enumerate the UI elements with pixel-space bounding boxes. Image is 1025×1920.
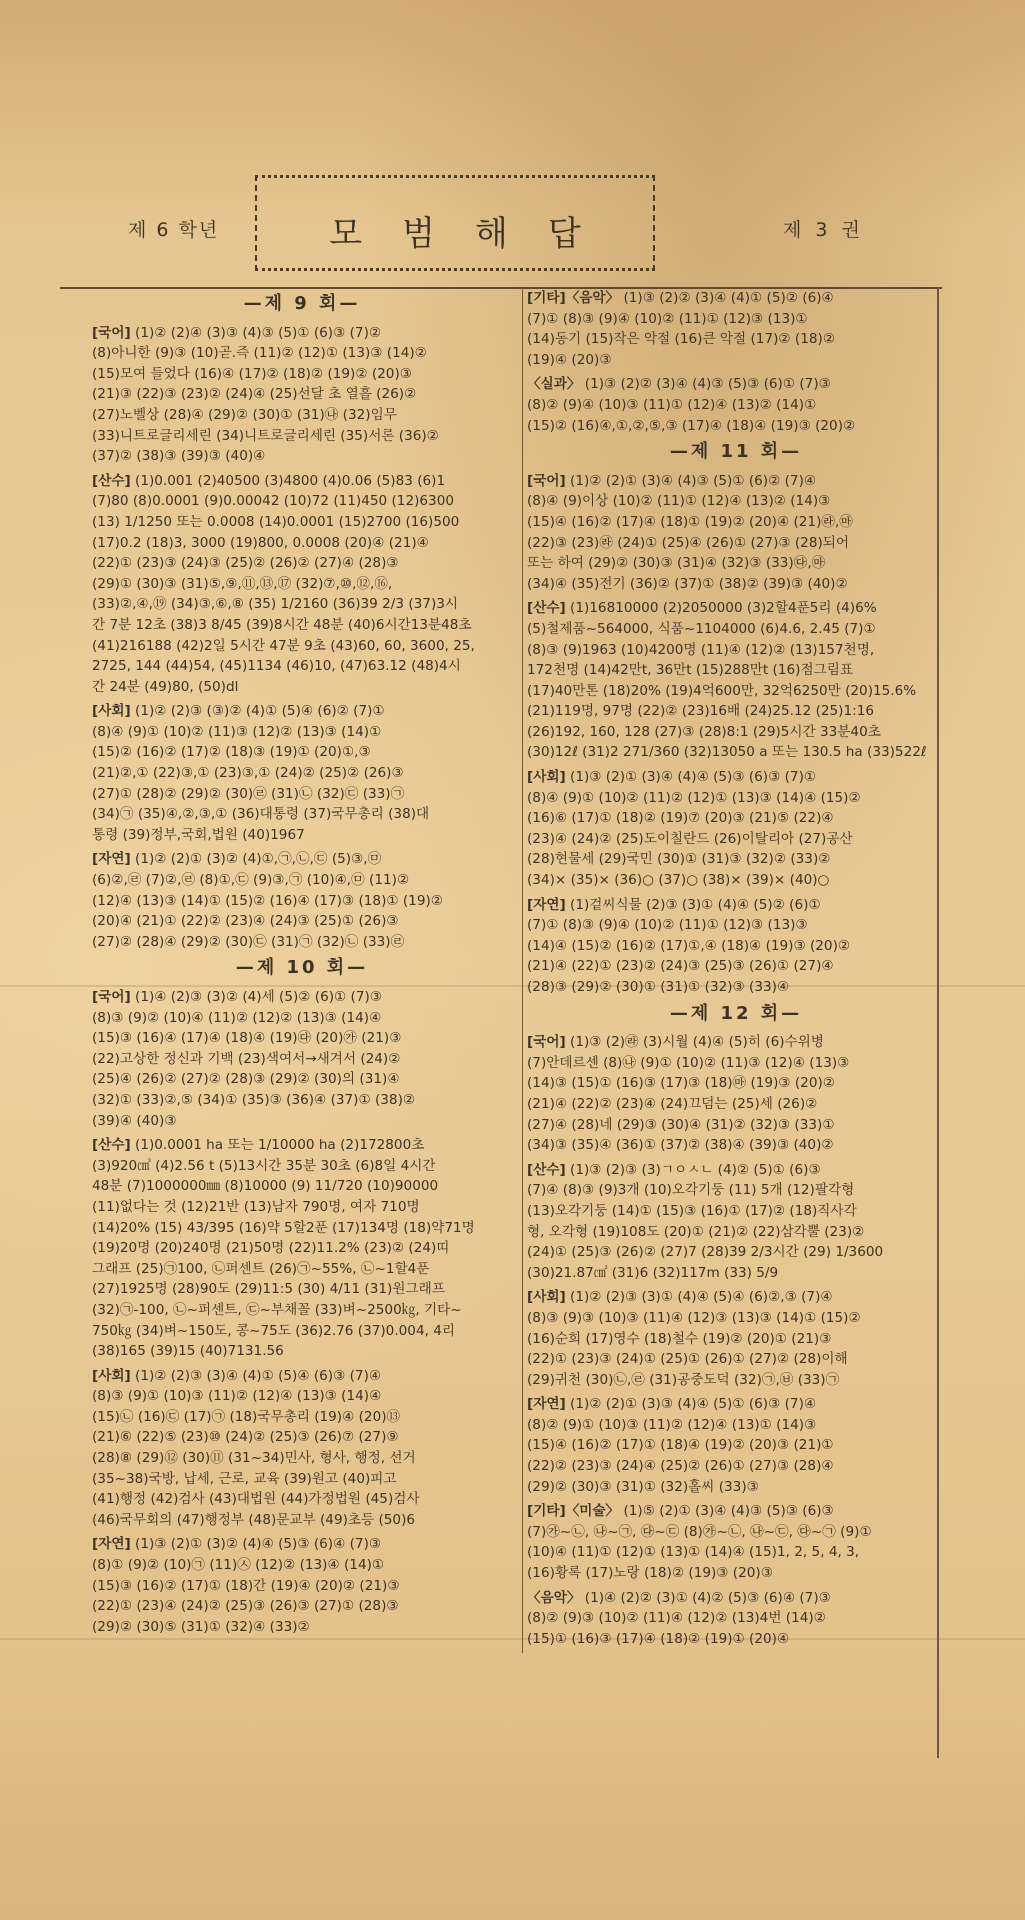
subject-block: [사회] (1)② (2)③ (3)④ (4)① (5)④ (6)③ (7)④(… (92, 1366, 512, 1531)
answer-text: (21)④ (22)① (23)② (24)③ (25)③ (26)① (27)… (527, 958, 834, 974)
answer-text: (1)④ (2)② (3)① (4)② (5)③ (6)④ (7)③ (585, 1590, 831, 1606)
subject-label: [자연] (527, 897, 566, 913)
answer-line: (32)㉠-100, ㉡~퍼센트, ㉢~부채꼴 (33)벼~2500㎏, 기타~ (92, 1300, 512, 1321)
answer-text: (16)순희 (17)영수 (18)철수 (19)② (20)① (21)③ (527, 1331, 831, 1347)
answer-line: [자연] (1)② (2)① (3)② (4)①,㉠,㉡,㉢ (5)③,㉤ (92, 849, 512, 870)
subject-block: [기타]〈미술〉 (1)⑤ (2)① (3)④ (4)③ (5)③ (6)③(7… (527, 1501, 945, 1583)
answer-line: (15)③ (16)② (17)① (18)간 (19)④ (20)② (21)… (92, 1576, 512, 1597)
answer-text: (17)40만톤 (18)20% (19)4억600만, 32억6250만 (2… (527, 683, 916, 699)
answer-line: [사회] (1)② (2)③ (3)④ (4)① (5)④ (6)③ (7)④ (92, 1366, 512, 1387)
answer-line: (10)④ (11)① (12)① (13)① (14)④ (15)1, 2, … (527, 1542, 945, 1563)
answer-line: (11)없다는 것 (12)21반 (13)남자 790명, 여자 710명 (92, 1197, 512, 1218)
answer-text: (8)④ (9)① (10)② (11)② (12)① (13)③ (14)④ … (527, 790, 861, 806)
answer-text: (12)④ (13)③ (14)① (15)② (16)④ (17)③ (18)… (92, 893, 443, 909)
subject-label: [기타]〈음악〉 (527, 290, 619, 306)
answer-line: (19)20명 (20)240명 (21)50명 (22)11.2% (23)②… (92, 1238, 512, 1259)
answer-text: (14)동기 (15)작은 악절 (16)큰 악절 (17)② (18)② (527, 331, 835, 347)
answer-text: (27)노벨상 (28)④ (29)② (30)① (31)㉯ (32)임무 (92, 407, 397, 423)
subject-label: [자연] (92, 1536, 131, 1552)
answer-text: (8)아니한 (9)③ (10)곧.즉 (11)② (12)① (13)③ (1… (92, 345, 427, 361)
answer-text: (27)1925명 (28)90도 (29)11:5 (30) 4/11 (31… (92, 1281, 445, 1297)
subject-label: [사회] (527, 1289, 566, 1305)
answer-line: (32)① (33)②,⑤ (34)① (35)③ (36)④ (37)① (3… (92, 1090, 512, 1111)
subject-block: [사회] (1)② (2)③ (3)① (4)④ (5)④ (6)②,③ (7)… (527, 1287, 945, 1390)
title-box: 모범해답 (255, 175, 655, 271)
answer-line: (12)④ (13)③ (14)① (15)② (16)④ (17)③ (18)… (92, 891, 512, 912)
page-title: 모범해답 (257, 206, 653, 255)
answer-text: (15)② (16)② (17)② (18)③ (19)① (20)①,③ (92, 744, 371, 760)
subject-label: [국어] (527, 473, 566, 489)
answer-text: (8)④ (9)이상 (10)② (11)① (12)④ (13)② (14)③ (527, 493, 830, 509)
answer-line: (3)920㎤ (4)2.56 t (5)13시간 35분 30초 (6)8일 … (92, 1156, 512, 1177)
answer-text: (29)② (30)③ (31)① (32)홀씨 (33)③ (527, 1479, 759, 1495)
answer-text: (7)80 (8)0.0001 (9)0.00042 (10)72 (11)45… (92, 493, 454, 509)
answer-text: (7)④ (8)③ (9)3개 (10)오각기둥 (11) 5개 (12)팔각형 (527, 1182, 854, 1198)
answer-line: [산수] (1)16810000 (2)2050000 (3)2할4푼5리 (4… (527, 598, 945, 619)
answer-text: (20)④ (21)① (22)② (23)④ (24)③ (25)① (26)… (92, 913, 399, 929)
answer-text: (22)② (23)③ (24)④ (25)② (26)① (27)③ (28)… (527, 1458, 834, 1474)
answer-line: (8)아니한 (9)③ (10)곧.즉 (11)② (12)① (13)③ (1… (92, 343, 512, 364)
answer-line: (15)③ (16)④ (17)④ (18)④ (19)㉰ (20)㉮ (21)… (92, 1028, 512, 1049)
answer-text: (32)① (33)②,⑤ (34)① (35)③ (36)④ (37)① (3… (92, 1092, 415, 1108)
answer-line: 〈실과〉 (1)③ (2)② (3)④ (4)③ (5)③ (6)① (7)③ (527, 374, 945, 395)
answer-line: (41)216188 (42)2일 5시간 47분 9초 (43)60, 60,… (92, 636, 512, 657)
answer-text: (8)② (9)① (10)③ (11)② (12)④ (13)① (14)③ (527, 1417, 816, 1433)
answer-line: (34)④ (35)전기 (36)② (37)① (38)② (39)③ (40… (527, 574, 945, 595)
answer-text: (22)① (23)③ (24)① (25)① (26)① (27)② (28)… (527, 1351, 848, 1367)
answer-line: (15)④ (16)② (17)① (18)④ (19)② (20)③ (21)… (527, 1435, 945, 1456)
answer-line: [국어] (1)② (2)① (3)④ (4)③ (5)① (6)② (7)④ (527, 471, 945, 492)
answer-text: (1)③ (2)② (3)④ (4)① (5)② (6)④ (623, 290, 833, 306)
answer-line: [기타]〈음악〉 (1)③ (2)② (3)④ (4)① (5)② (6)④ (527, 288, 945, 309)
answer-text: (21)119명, 97명 (22)② (23)16배 (24)25.12 (2… (527, 703, 874, 719)
answer-text: (1)② (2)① (3)④ (4)③ (5)① (6)② (7)④ (570, 473, 816, 489)
answer-text: (30)12ℓ (31)2 271/360 (32)13050 a 또는 130… (527, 744, 926, 760)
subject-label: [산수] (92, 1137, 131, 1153)
answer-text: (21)③ (22)③ (23)② (24)④ (25)선달 초 열흘 (26)… (92, 386, 416, 402)
subject-block: [국어] (1)② (2)④ (3)③ (4)③ (5)① (6)③ (7)②(… (92, 323, 512, 467)
answer-text: (7)① (8)③ (9)④ (10)② (11)① (12)③ (13)③ (527, 917, 808, 933)
answer-text: (22)③ (23)㉱ (24)① (25)④ (26)① (27)③ (28)… (527, 535, 849, 551)
answer-line: (13) 1/1250 또는 0.0008 (14)0.0001 (15)270… (92, 512, 512, 533)
answer-text: (8)② (9)④ (10)③ (11)① (12)④ (13)② (14)① (527, 397, 816, 413)
answer-text: (27)① (28)② (29)② (30)㉣ (31)㉡ (32)㉢ (33)… (92, 786, 404, 802)
answer-line: (34)× (35)× (36)○ (37)○ (38)× (39)× (40)… (527, 870, 945, 891)
answer-line: (27)① (28)② (29)② (30)㉣ (31)㉡ (32)㉢ (33)… (92, 784, 512, 805)
answer-line: (29)② (30)⑤ (31)① (32)④ (33)② (92, 1617, 512, 1638)
answer-text: (37)② (38)③ (39)③ (40)④ (92, 448, 265, 464)
answer-line: (38)165 (39)15 (40)7131.56 (92, 1341, 512, 1362)
answer-text: (1)② (2)③ (③)② (4)① (5)④ (6)② (7)① (135, 703, 385, 719)
answer-text: (22)고상한 정신과 기백 (23)색여서→새겨서 (24)② (92, 1051, 400, 1067)
answer-text: (8)③ (9)② (10)④ (11)② (12)② (13)③ (14)④ (92, 1010, 381, 1026)
answer-line: (30)12ℓ (31)2 271/360 (32)13050 a 또는 130… (527, 742, 945, 763)
answer-line: [국어] (1)② (2)④ (3)③ (4)③ (5)① (6)③ (7)② (92, 323, 512, 344)
answer-text: (29)① (30)③ (31)⑤,⑨,⑪,⑬,⑰ (32)⑦,⑩,⑫,⑯, (92, 576, 392, 592)
answer-text: (1)④ (2)③ (3)② (4)세 (5)② (6)① (7)③ (135, 989, 382, 1005)
answer-text: 형, 오각형 (19)108도 (20)① (21)② (22)삼각뿔 (23)… (527, 1224, 864, 1240)
answer-text: (28)③ (29)② (30)① (31)① (32)③ (33)④ (527, 979, 789, 995)
subject-block: [자연] (1)③ (2)① (3)② (4)④ (5)③ (6)④ (7)③(… (92, 1534, 512, 1637)
answer-line: [자연] (1)겉씨식물 (2)③ (3)① (4)④ (5)② (6)① (527, 895, 945, 916)
subject-block: [기타]〈음악〉 (1)③ (2)② (3)④ (4)① (5)② (6)④(7… (527, 288, 945, 370)
answer-line: (7)80 (8)0.0001 (9)0.00042 (10)72 (11)45… (92, 491, 512, 512)
answer-line: (14)④ (15)② (16)② (17)①,④ (18)④ (19)③ (2… (527, 936, 945, 957)
session-heading: —제 9 회— (92, 294, 512, 315)
answer-line: (16)순희 (17)영수 (18)철수 (19)② (20)① (21)③ (527, 1329, 945, 1350)
answer-line: (8)② (9)③ (10)② (11)④ (12)② (13)4번 (14)② (527, 1608, 945, 1629)
answer-line: (28)현물세 (29)국민 (30)① (31)③ (32)② (33)② (527, 849, 945, 870)
answer-line: (6)②,㉣ (7)②,㉣ (8)①,㉢ (9)③,㉠ (10)④,㉤ (11)… (92, 870, 512, 891)
answer-line: (17)40만톤 (18)20% (19)4억600만, 32억6250만 (2… (527, 681, 945, 702)
answer-text: (29)② (30)⑤ (31)① (32)④ (33)② (92, 1619, 310, 1635)
answer-text: (10)④ (11)① (12)① (13)① (14)④ (15)1, 2, … (527, 1544, 859, 1560)
answer-text: (27)② (28)④ (29)② (30)㉢ (31)㉠ (32)㉡ (33)… (92, 934, 404, 950)
answer-text: (16)황록 (17)노랑 (18)② (19)③ (20)③ (527, 1565, 773, 1581)
answer-line: [자연] (1)③ (2)① (3)② (4)④ (5)③ (6)④ (7)③ (92, 1534, 512, 1555)
session-heading: —제 10 회— (92, 958, 512, 979)
answer-text: 또는 하여 (29)② (30)③ (31)④ (32)③ (33)㉰,㉲ (527, 555, 825, 571)
subject-label: [산수] (527, 1162, 566, 1178)
answer-line: (29)① (30)③ (31)⑤,⑨,⑪,⑬,⑰ (32)⑦,⑩,⑫,⑯, (92, 574, 512, 595)
answer-text: (28)⑧ (29)⑫ (30)⑪ (31~34)민사, 형사, 행정, 선거 (92, 1450, 416, 1466)
answer-line: (20)④ (21)① (22)② (23)④ (24)③ (25)① (26)… (92, 911, 512, 932)
answer-text: (1)0.0001 ha 또는 1/10000 ha (2)172800초 (135, 1137, 424, 1153)
answer-text: (1)② (2)① (3)② (4)①,㉠,㉡,㉢ (5)③,㉤ (135, 851, 381, 867)
answer-text: (34)③ (35)④ (36)① (37)② (38)④ (39)③ (40)… (527, 1137, 834, 1153)
answer-line: [자연] (1)② (2)① (3)③ (4)④ (5)① (6)③ (7)④ (527, 1394, 945, 1415)
subject-label: [사회] (92, 1368, 131, 1384)
subject-label: 〈실과〉 (527, 376, 580, 392)
subject-block: [자연] (1)겉씨식물 (2)③ (3)① (4)④ (5)② (6)①(7)… (527, 895, 945, 998)
answer-line: 750㎏ (34)벼~150도, 콩~75도 (36)2.76 (37)0.00… (92, 1321, 512, 1342)
answer-text: 172천명 (14)42만t, 36만t (15)288만t (16)점그림표 (527, 662, 853, 678)
subject-block: 〈실과〉 (1)③ (2)② (3)④ (4)③ (5)③ (6)① (7)③(… (527, 374, 945, 436)
answer-line: (37)② (38)③ (39)③ (40)④ (92, 446, 512, 467)
subject-label: [자연] (92, 851, 131, 867)
subject-label: 〈음악〉 (527, 1590, 580, 1606)
subject-block: [산수] (1)16810000 (2)2050000 (3)2할4푼5리 (4… (527, 598, 945, 763)
answer-text: (33)②,④,⑲ (34)③,⑥,⑧ (35) 1/2160 (36)39 2… (92, 596, 458, 612)
answer-line: (13)오각기둥 (14)① (15)③ (16)① (17)② (18)직사각 (527, 1201, 945, 1222)
answer-line: (27)② (28)④ (29)② (30)㉢ (31)㉠ (32)㉡ (33)… (92, 932, 512, 953)
answer-text: (1)② (2)① (3)③ (4)④ (5)① (6)③ (7)④ (570, 1396, 816, 1412)
answer-line: (35~38)국방, 납세, 근로, 교육 (39)원고 (40)피고 (92, 1469, 512, 1490)
answer-text: (15)③ (16)④ (17)④ (18)④ (19)㉰ (20)㉮ (21)… (92, 1030, 401, 1046)
subject-block: 〈음악〉 (1)④ (2)② (3)① (4)② (5)③ (6)④ (7)③(… (527, 1588, 945, 1650)
answer-text: (19)20명 (20)240명 (21)50명 (22)11.2% (23)②… (92, 1240, 449, 1256)
answer-text: (1)겉씨식물 (2)③ (3)① (4)④ (5)② (6)① (570, 897, 821, 913)
answer-text: (8)③ (9)1963 (10)4200명 (11)④ (12)② (13)1… (527, 642, 874, 658)
answer-text: (33)니트로글리세린 (34)니트로글리세린 (35)서론 (36)② (92, 428, 439, 444)
answer-line: (33)니트로글리세린 (34)니트로글리세린 (35)서론 (36)② (92, 426, 512, 447)
answer-text: (1)16810000 (2)2050000 (3)2할4푼5리 (4)6% (570, 600, 877, 616)
answer-line: (15)㉡ (16)㉢ (17)㉠ (18)국무총리 (19)④ (20)⑬ (92, 1407, 512, 1428)
answer-text: (32)㉠-100, ㉡~퍼센트, ㉢~부채꼴 (33)벼~2500㎏, 기타~ (92, 1302, 462, 1318)
answer-line: [사회] (1)② (2)③ (3)① (4)④ (5)④ (6)②,③ (7)… (527, 1287, 945, 1308)
answer-text: (8)④ (9)① (10)② (11)③ (12)② (13)③ (14)① (92, 724, 381, 740)
answer-line: (7)④ (8)③ (9)3개 (10)오각기둥 (11) 5개 (12)팔각형 (527, 1180, 945, 1201)
answer-text: (34)× (35)× (36)○ (37)○ (38)× (39)× (40)… (527, 872, 829, 888)
answer-line: 간 24분 (49)80, (50)dl (92, 677, 512, 698)
answer-text: (21)④ (22)② (23)④ (24)끄덤는 (25)세 (26)② (527, 1096, 817, 1112)
subject-label: [기타]〈미술〉 (527, 1503, 619, 1519)
answer-text: (46)국무회의 (47)행정부 (48)문교부 (49)초등 (50)6 (92, 1512, 415, 1528)
answer-text: 간 7분 12초 (38)3 8/45 (39)8시간 48분 (40)6시간1… (92, 617, 472, 633)
answer-line: (21)119명, 97명 (22)② (23)16배 (24)25.12 (2… (527, 701, 945, 722)
answer-text: (34)④ (35)전기 (36)② (37)① (38)② (39)③ (40… (527, 576, 848, 592)
answer-text: (11)없다는 것 (12)21반 (13)남자 790명, 여자 710명 (92, 1199, 420, 1215)
subject-block: [사회] (1)③ (2)① (3)④ (4)④ (5)③ (6)③ (7)①(… (527, 767, 945, 891)
answer-text: 간 24분 (49)80, (50)dl (92, 679, 238, 695)
answer-line: (8)③ (9)② (10)④ (11)② (12)② (13)③ (14)④ (92, 1008, 512, 1029)
answer-line: (16)⑥ (17)① (18)② (19)⑦ (20)③ (21)⑤ (22)… (527, 808, 945, 829)
answer-line: (41)행정 (42)검사 (43)대법원 (44)가정법원 (45)검사 (92, 1489, 512, 1510)
answer-line: 또는 하여 (29)② (30)③ (31)④ (32)③ (33)㉰,㉲ (527, 553, 945, 574)
answer-text: (15)② (16)④,①,②,⑤,③ (17)④ (18)④ (19)③ (2… (527, 418, 855, 434)
answer-text: (8)③ (9)① (10)③ (11)② (12)④ (13)③ (14)④ (92, 1388, 381, 1404)
answer-line: (21)③ (22)③ (23)② (24)④ (25)선달 초 열흘 (26)… (92, 384, 512, 405)
subject-label: [자연] (527, 1396, 566, 1412)
answer-line: (15)② (16)④,①,②,⑤,③ (17)④ (18)④ (19)③ (2… (527, 416, 945, 437)
answer-line: (8)② (9)④ (10)③ (11)① (12)④ (13)② (14)① (527, 395, 945, 416)
answer-line: (30)21.87㎠ (31)6 (32)117m (33) 5/9 (527, 1263, 945, 1284)
answer-line: (8)② (9)① (10)③ (11)② (12)④ (13)① (14)③ (527, 1415, 945, 1436)
answer-text: (1)③ (2)㉱ (3)시월 (4)④ (5)히 (6)수위병 (570, 1034, 824, 1050)
answer-line: (15)② (16)② (17)② (18)③ (19)① (20)①,③ (92, 742, 512, 763)
answer-line: 통령 (39)정부,국회,법원 (40)1967 (92, 825, 512, 846)
answer-line: (21)⑥ (22)⑤ (23)⑩ (24)② (25)③ (26)⑦ (27)… (92, 1427, 512, 1448)
answer-line: (22)① (23)③ (24)① (25)① (26)① (27)② (28)… (527, 1349, 945, 1370)
answer-text: (1)③ (2)① (3)④ (4)④ (5)③ (6)③ (7)① (570, 769, 816, 785)
answer-text: (21)②,① (22)③,① (23)③,① (24)② (25)② (26)… (92, 765, 404, 781)
answer-text: (14)20% (15) 43/395 (16)약 5할2푼 (17)134명 … (92, 1220, 475, 1236)
answer-line: (7)안데르센 (8)㉯ (9)① (10)② (11)③ (12)④ (13)… (527, 1053, 945, 1074)
answer-line: (7)① (8)③ (9)④ (10)② (11)① (12)③ (13)③ (527, 915, 945, 936)
answer-text: 48분 (7)1000000㎜ (8)10000 (9) 11/720 (10)… (92, 1178, 438, 1194)
answer-line: [사회] (1)③ (2)① (3)④ (4)④ (5)③ (6)③ (7)① (527, 767, 945, 788)
answer-text: (1)② (2)③ (3)④ (4)① (5)④ (6)③ (7)④ (135, 1368, 381, 1384)
answer-line: (14)③ (15)① (16)③ (17)③ (18)㉲ (19)③ (20)… (527, 1073, 945, 1094)
answer-text: (19)④ (20)③ (527, 352, 612, 368)
answer-text: (16)⑥ (17)① (18)② (19)⑦ (20)③ (21)⑤ (22)… (527, 810, 834, 826)
answer-text: (35~38)국방, 납세, 근로, 교육 (39)원고 (40)피고 (92, 1471, 397, 1487)
answer-line: (7)① (8)③ (9)④ (10)② (11)① (12)③ (13)① (527, 309, 945, 330)
answer-line: [산수] (1)③ (2)③ (3)ㄱㅇㅅㄴ (4)② (5)① (6)③ (527, 1160, 945, 1181)
answer-text: (15)① (16)③ (17)④ (18)② (19)① (20)④ (527, 1631, 789, 1647)
answer-text: (13) 1/1250 또는 0.0008 (14)0.0001 (15)270… (92, 514, 459, 530)
subject-label: [국어] (92, 989, 131, 1005)
subject-block: [산수] (1)0.0001 ha 또는 1/10000 ha (2)17280… (92, 1135, 512, 1362)
answer-line: (5)철제품~564000, 식품~1104000 (6)4.6, 2.45 (… (527, 619, 945, 640)
document-header: 제 6 학년 모범해답 제 3 권 (0, 175, 1025, 275)
answer-text: (1)③ (2)② (3)④ (4)③ (5)③ (6)① (7)③ (585, 376, 831, 392)
answer-text: (30)21.87㎠ (31)6 (32)117m (33) 5/9 (527, 1265, 778, 1281)
answer-text: (17)0.2 (18)3, 3000 (19)800, 0.0008 (20)… (92, 535, 429, 551)
answer-text: 2725, 144 (44)54, (45)1134 (46)10, (47)6… (92, 658, 461, 674)
answer-line: [산수] (1)0.001 (2)40500 (3)4800 (4)0.06 (… (92, 471, 512, 492)
answer-line: (23)④ (24)② (25)도이칠란드 (26)이탈리아 (27)공산 (527, 829, 945, 850)
answer-text: (38)165 (39)15 (40)7131.56 (92, 1343, 284, 1359)
answer-text: (26)192, 160, 128 (27)③ (28)8:1 (29)5시간 … (527, 724, 881, 740)
subject-label: [사회] (527, 769, 566, 785)
answer-text: (15)④ (16)② (17)① (18)④ (19)② (20)③ (21)… (527, 1437, 834, 1453)
answer-text: (1)③ (2)① (3)② (4)④ (5)③ (6)④ (7)③ (135, 1536, 381, 1552)
answer-text: (1)② (2)④ (3)③ (4)③ (5)① (6)③ (7)② (135, 325, 381, 341)
answer-line: 그래프 (25)㉠100, ㉡퍼센트 (26)㉠~55%, ㉡~1할4푼 (92, 1259, 512, 1280)
subject-label: [국어] (92, 325, 131, 341)
subject-block: [국어] (1)④ (2)③ (3)② (4)세 (5)② (6)① (7)③(… (92, 987, 512, 1131)
answer-line: (22)③ (23)㉱ (24)① (25)④ (26)① (27)③ (28)… (527, 533, 945, 554)
subject-block: [국어] (1)② (2)① (3)④ (4)③ (5)① (6)② (7)④(… (527, 471, 945, 595)
answer-line: (8)④ (9)① (10)② (11)③ (12)② (13)③ (14)① (92, 722, 512, 743)
answer-line: (34)③ (35)④ (36)① (37)② (38)④ (39)③ (40)… (527, 1135, 945, 1156)
answer-text: (3)920㎤ (4)2.56 t (5)13시간 35분 30초 (6)8일 … (92, 1158, 436, 1174)
answer-text: (1)③ (2)③ (3)ㄱㅇㅅㄴ (4)② (5)① (6)③ (570, 1162, 821, 1178)
answer-text: (8)② (9)③ (10)② (11)④ (12)② (13)4번 (14)② (527, 1610, 826, 1626)
answer-text: (27)④ (28)네 (29)③ (30)④ (31)② (32)③ (33)… (527, 1117, 835, 1133)
answer-text: (6)②,㉣ (7)②,㉣ (8)①,㉢ (9)③,㉠ (10)④,㉤ (11)… (92, 872, 409, 888)
answer-text: (15)㉡ (16)㉢ (17)㉠ (18)국무총리 (19)④ (20)⑬ (92, 1409, 400, 1425)
subject-block: [자연] (1)② (2)① (3)③ (4)④ (5)① (6)③ (7)④(… (527, 1394, 945, 1497)
subject-label: [산수] (527, 600, 566, 616)
answer-text: (13)오각기둥 (14)① (15)③ (16)① (17)② (18)직사각 (527, 1203, 857, 1219)
answer-line: (15)모여 들었다 (16)④ (17)② (18)② (19)② (20)③ (92, 364, 512, 385)
answer-text: (8)① (9)② (10)㉠ (11)㉦ (12)② (13)④ (14)① (92, 1557, 384, 1573)
answer-line: (27)노벨상 (28)④ (29)② (30)① (31)㉯ (32)임무 (92, 405, 512, 426)
answer-text: (15)④ (16)② (17)④ (18)① (19)② (20)④ (21)… (527, 514, 853, 530)
answer-line: (39)④ (40)③ (92, 1111, 512, 1132)
subject-label: [사회] (92, 703, 131, 719)
answer-text: (8)③ (9)③ (10)③ (11)④ (12)③ (13)③ (14)① … (527, 1310, 861, 1326)
answer-line: (33)②,④,⑲ (34)③,⑥,⑧ (35) 1/2160 (36)39 2… (92, 594, 512, 615)
answer-line: (29)귀천 (30)㉡,㉣ (31)공중도덕 (32)㉠,㉥ (33)㉠ (527, 1370, 945, 1391)
right-column: [기타]〈음악〉 (1)③ (2)② (3)④ (4)① (5)② (6)④(7… (522, 288, 945, 1653)
subject-block: [산수] (1)0.001 (2)40500 (3)4800 (4)0.06 (… (92, 471, 512, 698)
answer-text: (15)모여 들었다 (16)④ (17)② (18)② (19)② (20)③ (92, 366, 412, 382)
answer-text: 750㎏ (34)벼~150도, 콩~75도 (36)2.76 (37)0.00… (92, 1323, 455, 1339)
answer-line: (8)③ (9)① (10)③ (11)② (12)④ (13)③ (14)④ (92, 1386, 512, 1407)
volume-label: 제 3 권 (783, 215, 864, 242)
session-heading: —제 11 회— (527, 442, 945, 463)
answer-line: [국어] (1)④ (2)③ (3)② (4)세 (5)② (6)① (7)③ (92, 987, 512, 1008)
answer-line: (14)동기 (15)작은 악절 (16)큰 악절 (17)② (18)② (527, 329, 945, 350)
answer-line: (28)⑧ (29)⑫ (30)⑪ (31~34)민사, 형사, 행정, 선거 (92, 1448, 512, 1469)
subject-block: [자연] (1)② (2)① (3)② (4)①,㉠,㉡,㉢ (5)③,㉤(6)… (92, 849, 512, 952)
session-heading: —제 12 회— (527, 1004, 945, 1025)
answer-line: (27)④ (28)네 (29)③ (30)④ (31)② (32)③ (33)… (527, 1115, 945, 1136)
answer-line: (34)㉠ (35)④,②,③,① (36)대통령 (37)국무총리 (38)대 (92, 804, 512, 825)
answer-text: (23)④ (24)② (25)도이칠란드 (26)이탈리아 (27)공산 (527, 831, 853, 847)
answer-line: (22)① (23)③ (24)③ (25)② (26)② (27)④ (28)… (92, 553, 512, 574)
subject-block: [사회] (1)② (2)③ (③)② (4)① (5)④ (6)② (7)①(… (92, 701, 512, 845)
answer-line: (7)㉮~㉡, ㉯~㉠, ㉰~㉢ (8)㉮~㉡, ㉯~㉢, ㉰~㉠ (9)① (527, 1522, 945, 1543)
subject-label: [산수] (92, 473, 131, 489)
answer-text: (25)④ (26)② (27)② (28)③ (29)② (30)의 (31)… (92, 1071, 400, 1087)
answer-line: (21)④ (22)② (23)④ (24)끄덤는 (25)세 (26)② (527, 1094, 945, 1115)
answer-text: (7)㉮~㉡, ㉯~㉠, ㉰~㉢ (8)㉮~㉡, ㉯~㉢, ㉰~㉠ (9)① (527, 1524, 872, 1540)
answer-line: 48분 (7)1000000㎜ (8)10000 (9) 11/720 (10)… (92, 1176, 512, 1197)
answer-text: (21)⑥ (22)⑤ (23)⑩ (24)② (25)③ (26)⑦ (27)… (92, 1429, 399, 1445)
answer-text: (7)안데르센 (8)㉯ (9)① (10)② (11)③ (12)④ (13)… (527, 1055, 849, 1071)
answer-text: (1)0.001 (2)40500 (3)4800 (4)0.06 (5)83 … (135, 473, 445, 489)
answer-text: (22)① (23)③ (24)③ (25)② (26)② (27)④ (28)… (92, 555, 399, 571)
answer-line: (16)황록 (17)노랑 (18)② (19)③ (20)③ (527, 1563, 945, 1584)
answer-line: 형, 오각형 (19)108도 (20)① (21)② (22)삼각뿔 (23)… (527, 1222, 945, 1243)
answer-text: (24)① (25)③ (26)② (27)7 (28)39 2/3시간 (29… (527, 1244, 883, 1260)
answer-line: (17)0.2 (18)3, 3000 (19)800, 0.0008 (20)… (92, 533, 512, 554)
answer-line: (29)② (30)③ (31)① (32)홀씨 (33)③ (527, 1477, 945, 1498)
answer-line: (26)192, 160, 128 (27)③ (28)8:1 (29)5시간 … (527, 722, 945, 743)
answer-line: (8)③ (9)③ (10)③ (11)④ (12)③ (13)③ (14)① … (527, 1308, 945, 1329)
answer-line: (8)④ (9)① (10)② (11)② (12)① (13)③ (14)④ … (527, 788, 945, 809)
answer-text: (34)㉠ (35)④,②,③,① (36)대통령 (37)국무총리 (38)대 (92, 806, 429, 822)
answer-line: (22)② (23)③ (24)④ (25)② (26)① (27)③ (28)… (527, 1456, 945, 1477)
answer-text: (39)④ (40)③ (92, 1113, 177, 1129)
answer-line: (8)④ (9)이상 (10)② (11)① (12)④ (13)② (14)③ (527, 491, 945, 512)
answer-text: (14)③ (15)① (16)③ (17)③ (18)㉲ (19)③ (20)… (527, 1075, 835, 1091)
answer-text: (15)③ (16)② (17)① (18)간 (19)④ (20)② (21)… (92, 1578, 400, 1594)
answer-line: (21)②,① (22)③,① (23)③,① (24)② (25)② (26)… (92, 763, 512, 784)
subject-block: [국어] (1)③ (2)㉱ (3)시월 (4)④ (5)히 (6)수위병(7)… (527, 1032, 945, 1156)
answer-text: (29)귀천 (30)㉡,㉣ (31)공중도덕 (32)㉠,㉥ (33)㉠ (527, 1372, 839, 1388)
answer-line: 2725, 144 (44)54, (45)1134 (46)10, (47)6… (92, 656, 512, 677)
grade-label: 제 6 학년 (128, 215, 219, 242)
answer-line: (8)③ (9)1963 (10)4200명 (11)④ (12)② (13)1… (527, 640, 945, 661)
answer-text: 그래프 (25)㉠100, ㉡퍼센트 (26)㉠~55%, ㉡~1할4푼 (92, 1261, 429, 1277)
answer-line: 간 7분 12초 (38)3 8/45 (39)8시간 48분 (40)6시간1… (92, 615, 512, 636)
answer-line: (8)① (9)② (10)㉠ (11)㉦ (12)② (13)④ (14)① (92, 1555, 512, 1576)
answer-line: (22)고상한 정신과 기백 (23)색여서→새겨서 (24)② (92, 1049, 512, 1070)
left-column: —제 9 회—[국어] (1)② (2)④ (3)③ (4)③ (5)① (6)… (92, 288, 512, 1641)
answer-line: [국어] (1)③ (2)㉱ (3)시월 (4)④ (5)히 (6)수위병 (527, 1032, 945, 1053)
answer-line: [산수] (1)0.0001 ha 또는 1/10000 ha (2)17280… (92, 1135, 512, 1156)
answer-line: (15)④ (16)② (17)④ (18)① (19)② (20)④ (21)… (527, 512, 945, 533)
answer-line: (22)① (23)④ (24)② (25)③ (26)③ (27)① (28)… (92, 1596, 512, 1617)
answer-line: (46)국무회의 (47)행정부 (48)문교부 (49)초등 (50)6 (92, 1510, 512, 1531)
answer-line: (19)④ (20)③ (527, 350, 945, 371)
answer-text: (22)① (23)④ (24)② (25)③ (26)③ (27)① (28)… (92, 1598, 399, 1614)
answer-line: 〈음악〉 (1)④ (2)② (3)① (4)② (5)③ (6)④ (7)③ (527, 1588, 945, 1609)
answer-line: (27)1925명 (28)90도 (29)11:5 (30) 4/11 (31… (92, 1279, 512, 1300)
answer-line: (25)④ (26)② (27)② (28)③ (29)② (30)의 (31)… (92, 1069, 512, 1090)
answer-line: (28)③ (29)② (30)① (31)① (32)③ (33)④ (527, 977, 945, 998)
answer-text: 통령 (39)정부,국회,법원 (40)1967 (92, 827, 305, 843)
answer-text: (28)현물세 (29)국민 (30)① (31)③ (32)② (33)② (527, 851, 830, 867)
answer-text: (5)철제품~564000, 식품~1104000 (6)4.6, 2.45 (… (527, 621, 876, 637)
subject-block: [산수] (1)③ (2)③ (3)ㄱㅇㅅㄴ (4)② (5)① (6)③(7)… (527, 1160, 945, 1284)
subject-label: [국어] (527, 1034, 566, 1050)
answer-line: [사회] (1)② (2)③ (③)② (4)① (5)④ (6)② (7)① (92, 701, 512, 722)
answer-text: (7)① (8)③ (9)④ (10)② (11)① (12)③ (13)① (527, 311, 808, 327)
answer-line: 172천명 (14)42만t, 36만t (15)288만t (16)점그림표 (527, 660, 945, 681)
answer-text: (14)④ (15)② (16)② (17)①,④ (18)④ (19)③ (2… (527, 938, 850, 954)
answer-line: (21)④ (22)① (23)② (24)③ (25)③ (26)① (27)… (527, 956, 945, 977)
answer-line: (24)① (25)③ (26)② (27)7 (28)39 2/3시간 (29… (527, 1242, 945, 1263)
answer-text: (41)행정 (42)검사 (43)대법원 (44)가정법원 (45)검사 (92, 1491, 420, 1507)
answer-text: (41)216188 (42)2일 5시간 47분 9초 (43)60, 60,… (92, 638, 475, 654)
answer-line: [기타]〈미술〉 (1)⑤ (2)① (3)④ (4)③ (5)③ (6)③ (527, 1501, 945, 1522)
answer-line: (15)① (16)③ (17)④ (18)② (19)① (20)④ (527, 1629, 945, 1650)
answer-text: (1)② (2)③ (3)① (4)④ (5)④ (6)②,③ (7)④ (570, 1289, 833, 1305)
answer-line: (14)20% (15) 43/395 (16)약 5할2푼 (17)134명 … (92, 1218, 512, 1239)
answer-text: (1)⑤ (2)① (3)④ (4)③ (5)③ (6)③ (623, 1503, 833, 1519)
